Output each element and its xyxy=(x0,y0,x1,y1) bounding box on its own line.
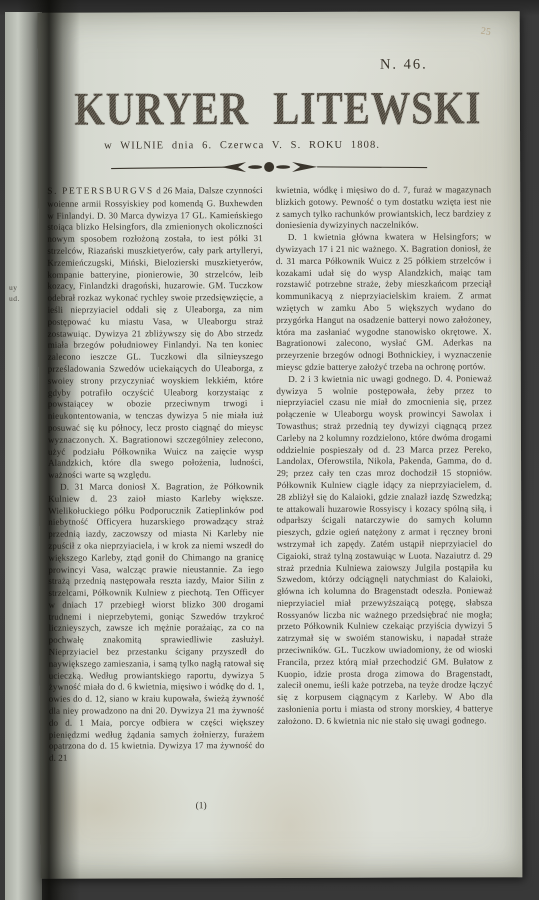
column-left: S. PETERSBURGVS d 26 Maia, Dalsze czynno… xyxy=(47,185,264,803)
divider-ornament xyxy=(109,159,429,176)
signature-mark: (1) xyxy=(179,801,223,811)
facing-page-text-fragment: ud. xyxy=(9,294,20,304)
paragraph: D. 31 Marca doniosł X. Bagration, że Pół… xyxy=(48,481,264,765)
paragraph: kwietnia, wódkę i mięsiwo do d. 7, furaż… xyxy=(276,184,492,232)
newspaper-page: 25 N. 46. KURYER LITEWSKI w WILNIE dnia … xyxy=(38,11,523,879)
issue-number: N. 46. xyxy=(380,57,428,74)
paragraph-text: d 26 Maia, Dalsze czynności woienne armi… xyxy=(47,185,263,480)
article-body: S. PETERSBURGVS d 26 Maia, Dalsze czynno… xyxy=(47,184,493,802)
facing-page-text-fragment: uy xyxy=(9,283,18,293)
scanned-book-spread: uy ud. 25 N. 46. KURYER LITEWSKI w WILNI… xyxy=(0,0,539,900)
dateline: w WILNIE dnia 6. Czerwca V. S. ROKU 1808… xyxy=(38,139,520,152)
facing-page-edge: uy ud. xyxy=(5,12,42,900)
paragraph: D. 2 i 3 kwietnia nic uwagi godnego. D. … xyxy=(276,373,493,728)
paragraph: D. 1 kwietnia główna kwatera w Helsingfo… xyxy=(276,232,492,374)
pencil-annotation: 25 xyxy=(480,26,492,38)
masthead-title: KURYER LITEWSKI xyxy=(74,85,479,132)
paragraph: S. PETERSBURGVS d 26 Maia, Dalsze czynno… xyxy=(47,185,263,482)
article-dateline-lead: S. PETERSBURGVS xyxy=(47,186,154,196)
column-right: kwietnia, wódkę i mięsiwo do d. 7, furaż… xyxy=(276,184,493,802)
